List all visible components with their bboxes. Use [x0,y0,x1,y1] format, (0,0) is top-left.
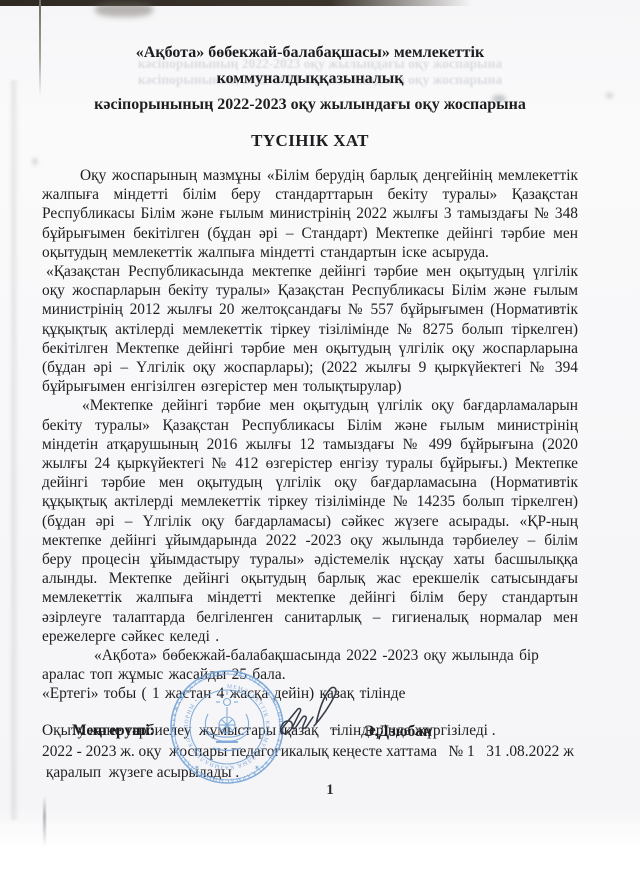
signature-dash: – [332,722,339,738]
ink-smudge [33,158,37,165]
page-edge-line [39,0,41,96]
svg-text:✶: ✶ [194,764,200,772]
document-title-line1: «Ақбота» бөбекжай-балабақшасы» мемлекетт… [42,40,578,92]
manager-name: Э.Дзюбан [364,723,432,741]
scanned-document-page: кәсіпорынының 2022-2023 оқу жылындағы оқ… [0,0,640,876]
scanner-bed-strip [0,846,640,876]
official-round-stamp-icon: • АҚТӨБЕ ОБЛЫСЫНЫҢ БІЛІМ БАСҚАРМАСЫНЫҢ «… [166,666,288,788]
document-title: «Ақбота» бөбекжай-балабақшасы» мемлекетт… [42,40,578,118]
manager-label: Меңгеруші: [72,722,155,740]
ink-smudge [606,93,613,98]
kazakhstan-emblem-icon [204,691,250,751]
svg-text:✶: ✶ [254,764,260,772]
document-heading: ТҮСІНІК ХАТ [42,131,578,151]
handwritten-signature [272,682,352,748]
page-number: 1 [300,782,360,799]
document-title-line2: кәсіпорынының 2022-2023 оқу жылындағы оқ… [42,92,578,118]
paragraph: Оқу жоспарының мазмұны «Білім берудің ба… [42,166,578,262]
paragraph: «Қазақстан Республикасында мектепке дейі… [42,262,578,396]
paragraph: «Мектепке дейінгі тәрбие мен оқытудың үл… [42,396,578,646]
